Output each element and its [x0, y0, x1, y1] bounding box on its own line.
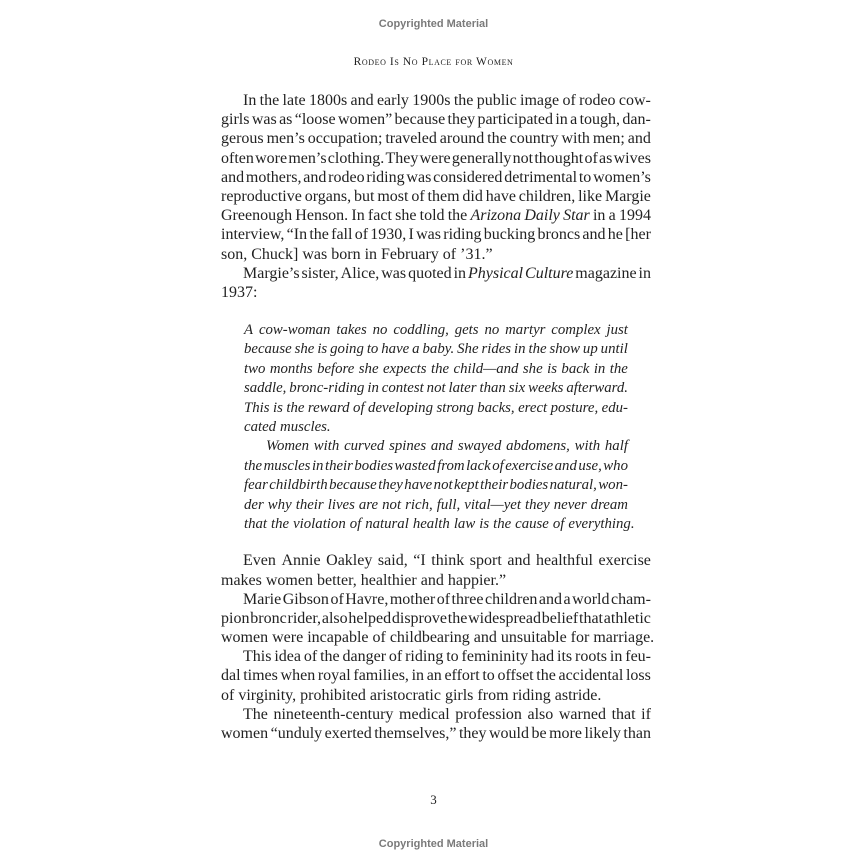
text-line: 1937:	[221, 283, 651, 302]
text-line: son,Chuck]wasborninFebruaryof’31.”	[221, 245, 651, 264]
text-line: womenwereincapableofchildbearingandunsui…	[221, 628, 651, 647]
text-line: makeswomenbetter,healthierandhappier.”	[221, 571, 651, 590]
text-line: ofvirginity,prohibitedaristocraticgirlsf…	[221, 686, 651, 705]
spacer	[221, 302, 651, 321]
paragraph: EvenAnnieOakleysaid,“Ithinksportandhealt…	[221, 551, 651, 589]
text-line: derwhytheirlivesarenotrich,full,vital—ye…	[244, 496, 628, 515]
text-line: twomonthsbeforesheexpectsthechild—andshe…	[244, 360, 628, 379]
text-line: thattheviolationofnaturalhealthlawisthec…	[244, 515, 628, 534]
text-line: gerousmen’soccupation;traveledaroundthec…	[221, 129, 651, 148]
text-line: reproductiveorgans,butmostofthemdidhavec…	[221, 187, 651, 206]
text-line: daltimeswhenroyalfamilies,inanefforttoof…	[221, 666, 651, 685]
text-line: catedmuscles.	[244, 418, 628, 437]
page-body: Inthelate1800sandearly1900sthepublicimag…	[221, 91, 651, 743]
text-line: oftenworemen’sclothing.Theyweregenerally…	[221, 149, 651, 168]
text-line: interview,“Inthefallof1930,Iwasridingbuc…	[221, 225, 651, 244]
text-line: Thenineteenth-centurymedicalprofessional…	[221, 705, 651, 724]
text-line: Inthelate1800sandearly1900sthepublicimag…	[221, 91, 651, 110]
text-line: themusclesintheirbodieswastedfromlackofe…	[244, 457, 628, 476]
paragraph: MarieGibsonofHavre,motherofthreechildren…	[221, 590, 651, 648]
copyright-watermark-top: Copyrighted Material	[0, 18, 867, 30]
text-line: EvenAnnieOakleysaid,“Ithinksportandhealt…	[221, 551, 651, 570]
paragraph: Margie’ssister,Alice,wasquotedinPhysical…	[221, 264, 651, 302]
text-line: Womenwithcurvedspinesandswayedabdomens,w…	[244, 437, 628, 456]
text-line: pionbroncrider,alsohelpeddisprovethewide…	[221, 609, 651, 628]
text-line: MarieGibsonofHavre,motherofthreechildren…	[221, 590, 651, 609]
text-line: saddle,bronc-ridingincontestnotlaterthan…	[244, 379, 628, 398]
block-quote: Acow-womantakesnocoddling,getsnomartyrco…	[244, 321, 628, 534]
spacer	[221, 534, 651, 551]
text-line: andmothers,androdeoridingwasconsideredde…	[221, 168, 651, 187]
text-line: Acow-womantakesnocoddling,getsnomartyrco…	[244, 321, 628, 340]
running-head: Rodeo Is No Place for Women	[0, 56, 867, 68]
text-line: Margie’ssister,Alice,wasquotedinPhysical…	[221, 264, 651, 283]
page-number: 3	[0, 792, 867, 808]
paragraph: Thenineteenth-centurymedicalprofessional…	[221, 705, 651, 743]
text-line: women“undulyexertedthemselves,”theywould…	[221, 724, 651, 743]
text-line: Thisideaofthedangerofridingtofemininityh…	[221, 647, 651, 666]
text-line: fearchildbirthbecausetheyhavenotkeptthei…	[244, 476, 628, 495]
copyright-watermark-bottom: Copyrighted Material	[0, 838, 867, 850]
text-line: becausesheisgoingtohaveababy.Sheridesint…	[244, 340, 628, 359]
text-line: girlswasas“loosewomen”becausetheypartici…	[221, 110, 651, 129]
paragraph: Thisideaofthedangerofridingtofemininityh…	[221, 647, 651, 705]
paragraph: Inthelate1800sandearly1900sthepublicimag…	[221, 91, 651, 264]
text-line: Thisistherewardofdevelopingstrongbacks,e…	[244, 399, 628, 418]
text-line: GreenoughHenson.InfactshetoldtheArizonaD…	[221, 206, 651, 225]
